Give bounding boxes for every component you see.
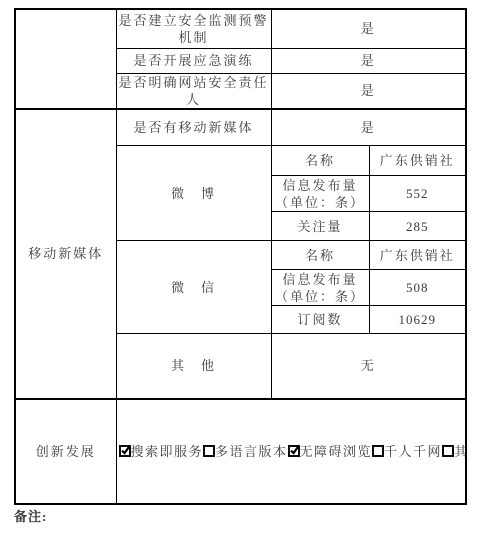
wechat-name-value: 广东供销社 [369,241,466,270]
section-label-innovation: 创新发展 [15,399,116,504]
wechat-name-label: 名称 [271,241,369,270]
other-media-label: 其 他 [116,334,271,399]
innovation-option-label: 无障碍浏览 [300,444,373,459]
innovation-option-label: 其他 [454,444,466,459]
weibo-followers-label: 关注量 [271,212,369,241]
checkbox-checked-icon [288,445,300,457]
wechat-subs-label: 订阅数 [271,306,369,334]
wechat-label: 微 信 [116,241,271,334]
weibo-label: 微 博 [116,146,271,241]
weibo-posts-value: 552 [369,176,466,212]
other-media-value: 无 [271,334,466,399]
security-monitor-value: 是 [271,9,466,48]
remarks-label: 备注: [14,506,47,525]
security-officer-value: 是 [271,73,466,109]
report-table: 是否建立安全监测预警 机制 是 是否开展应急演练 是 是否明确网站安全责任人 是… [14,8,467,505]
security-monitor-label: 是否建立安全监测预警 机制 [116,9,271,48]
has-mobile-media-value: 是 [271,109,466,146]
wechat-posts-label: 信息发布量 （单位：条） [271,270,369,306]
security-drill-value: 是 [271,48,466,73]
section-label-mobile-media: 移动新媒体 [15,109,116,399]
wechat-posts-value: 508 [369,270,466,306]
wechat-subs-value: 10629 [369,306,466,334]
checkbox-unchecked-icon [442,445,454,457]
weibo-name-label: 名称 [271,146,369,176]
innovation-option-label: 搜索即服务 [131,444,204,459]
innovation-option: 多语言版本 [203,444,288,459]
checkbox-checked-icon [119,445,131,457]
checkbox-unchecked-icon [372,445,384,457]
has-mobile-media-label: 是否有移动新媒体 [116,109,271,146]
weibo-posts-label: 信息发布量 （单位：条） [271,176,369,212]
section-cell-empty [15,9,116,109]
innovation-option-label: 多语言版本 [215,444,288,459]
innovation-option: 搜索即服务 [119,444,204,459]
weibo-followers-value: 285 [369,212,466,241]
innovation-option: 无障碍浏览 [288,444,373,459]
security-drill-label: 是否开展应急演练 [116,48,271,73]
weibo-name-value: 广东供销社 [369,146,466,176]
innovation-options: 搜索即服务多语言版本无障碍浏览千人千网其他 [116,399,466,504]
innovation-option: 其他 [442,444,466,459]
innovation-option-label: 千人千网 [384,444,442,459]
checkbox-unchecked-icon [203,445,215,457]
security-officer-label: 是否明确网站安全责任人 [116,73,271,109]
innovation-option: 千人千网 [372,444,442,459]
